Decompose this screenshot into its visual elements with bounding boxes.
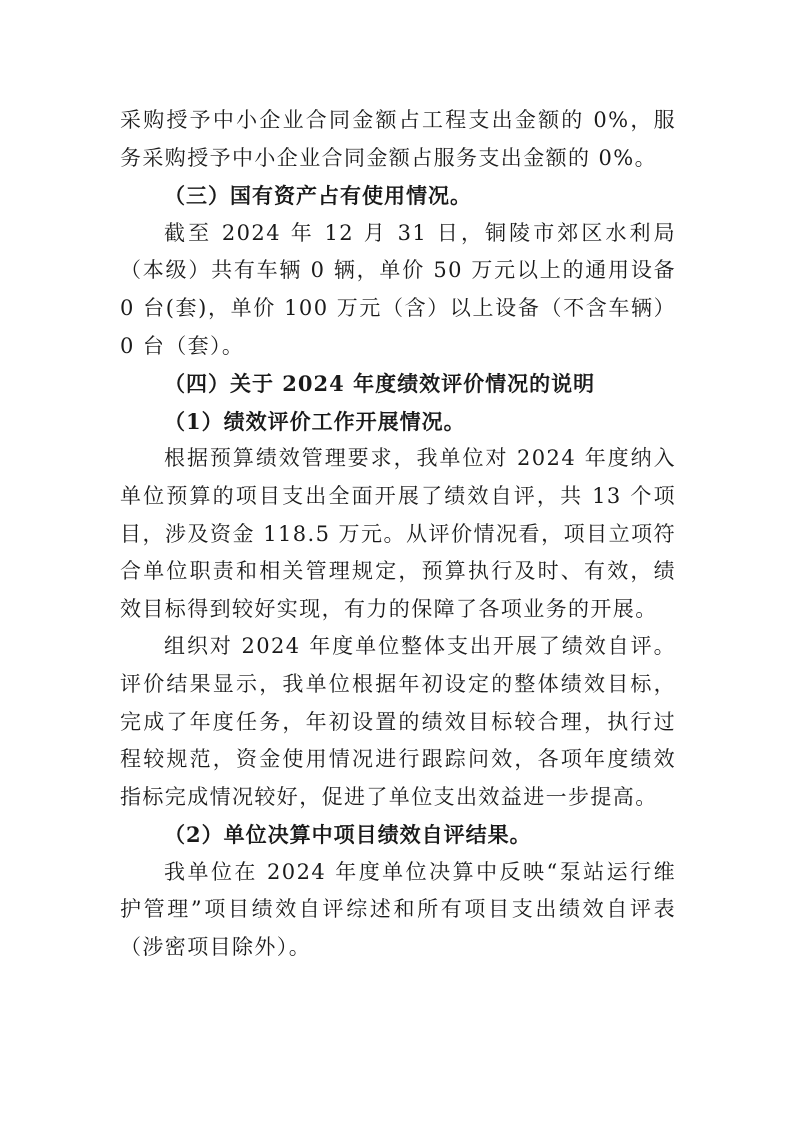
paragraph-procurement-ratio: 采购授予中小企业合同金额占工程支出金额的 0%，服务采购授予中小企业合同金额占服…	[120, 102, 676, 177]
paragraph-overall-evaluation: 组织对 2024 年度单位整体支出开展了绩效自评。评价结果显示，我单位根据年初设…	[120, 628, 676, 816]
paragraph-project-self-evaluation: 我单位在 2024 年度单位决算中反映“泵站运行维护管理”项目绩效自评综述和所有…	[120, 854, 676, 967]
heading-project-self-evaluation: （2）单位决算中项目绩效自评结果。	[120, 816, 676, 854]
heading-state-assets: （三）国有资产占有使用情况。	[120, 177, 676, 215]
paragraph-state-assets: 截至 2024 年 12 月 31 日，铜陵市郊区水利局（本级）共有车辆 0 辆…	[120, 215, 676, 365]
document-page: 采购授予中小企业合同金额占工程支出金额的 0%，服务采购授予中小企业合同金额占服…	[120, 102, 676, 967]
paragraph-evaluation-work: 根据预算绩效管理要求，我单位对 2024 年度纳入单位预算的项目支出全面开展了绩…	[120, 440, 676, 628]
heading-evaluation-work: （1）绩效评价工作开展情况。	[120, 403, 676, 441]
heading-performance-evaluation: （四）关于 2024 年度绩效评价情况的说明	[120, 365, 676, 403]
